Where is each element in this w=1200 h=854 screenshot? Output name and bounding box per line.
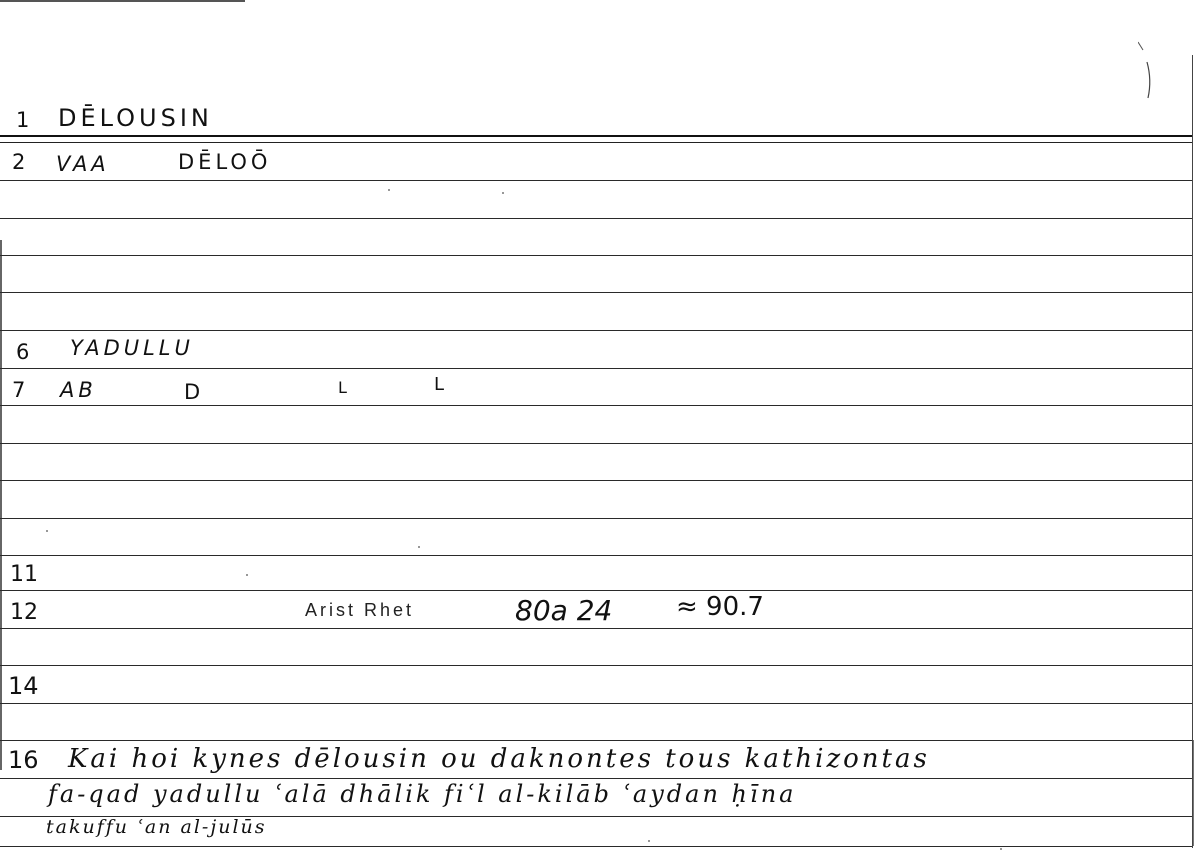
line-7-mark-l2: L [434, 374, 448, 395]
rule-line [0, 846, 1192, 847]
line-16-arabic-transliteration: fa-qad yadullu ʿalā dhālik fiʿl al-kilāb… [48, 780, 796, 808]
rule-line [0, 255, 1192, 256]
line-16-arabic-continuation: takuffu ʿan al-julūs [46, 816, 267, 838]
paper-speck [502, 192, 504, 194]
line-number-7: 7 [12, 378, 25, 402]
line-number-6: 6 [16, 340, 29, 364]
paper-speck [46, 530, 48, 532]
rule-line [0, 443, 1192, 444]
reference-extra: ≈ 90.7 [676, 592, 764, 622]
line-2-entry-deloo: DĒLOŌ [178, 150, 271, 174]
line-number-14: 14 [8, 672, 39, 700]
rule-line [0, 135, 1192, 137]
line-6-entry: YADULLU [70, 336, 194, 360]
rule-line [0, 330, 1192, 331]
top-edge-rule [0, 0, 245, 2]
line-7-mark-l1: L [338, 378, 351, 397]
line-7-mark-d: D [184, 380, 204, 404]
line-7-entry: AB [60, 378, 97, 402]
rule-line [0, 405, 1192, 406]
rule-line [0, 518, 1192, 519]
line-number-1: 1 [16, 108, 29, 132]
line-number-12: 12 [10, 600, 38, 625]
line-number-16: 16 [8, 746, 39, 774]
paper-speck [418, 546, 420, 548]
line-2-entry-vaa: VAA [56, 152, 110, 176]
reference-number: 80a 24 [515, 594, 612, 627]
bracket-mark-icon [1138, 40, 1156, 110]
left-border-rule [0, 240, 2, 770]
right-border-rule [1192, 55, 1193, 848]
rule-line [0, 703, 1192, 704]
rule-line [0, 555, 1192, 556]
rule-line [0, 142, 1192, 143]
rule-line [0, 665, 1192, 666]
paper-speck [648, 840, 650, 842]
rule-line [0, 218, 1192, 219]
line-number-11: 11 [10, 562, 38, 587]
rule-line [0, 292, 1192, 293]
rule-line [0, 180, 1192, 181]
right-border-rule-lower [1193, 740, 1194, 846]
rule-line [0, 740, 1192, 741]
printed-reference: Arist Rhet [305, 600, 414, 621]
index-card: 1 DĒLOUSIN 2 VAA DĒLOŌ 6 YADULLU 7 AB D … [0, 0, 1200, 854]
paper-speck [246, 574, 248, 576]
paper-speck [388, 189, 390, 191]
rule-line [0, 628, 1192, 629]
rule-line [0, 368, 1192, 369]
paper-speck [1000, 848, 1002, 850]
rule-line [0, 480, 1192, 481]
line-1-entry: DĒLOUSIN [58, 104, 213, 132]
line-16-greek-transliteration: Kai hoi kynes dēlousin ou daknontes tous… [68, 744, 930, 774]
line-number-2: 2 [12, 150, 25, 174]
rule-line [0, 590, 1192, 591]
rule-line [0, 778, 1192, 779]
